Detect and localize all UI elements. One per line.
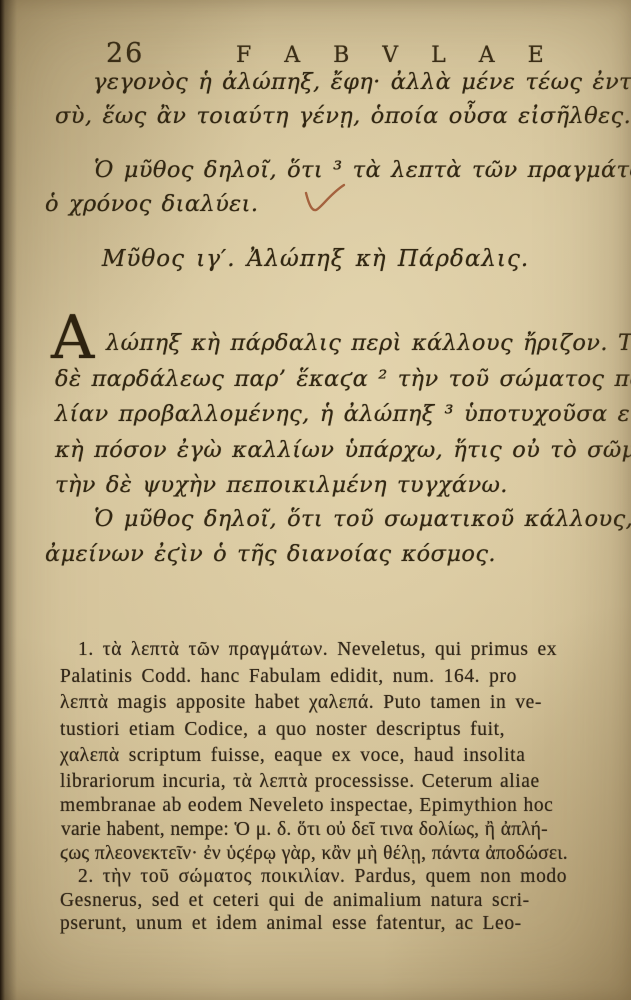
footnote-line: 1. τὰ λεπτὰ τῶν πραγμάτων. Neveletus, qu…: [78, 639, 557, 661]
book-page-scan: 26 F A B V L A E γεγονὸς ἡ ἀλώπηξ, ἔφη· …: [0, 0, 631, 1000]
drop-cap: Α: [51, 308, 94, 368]
moral-line: ὁ χρόνος διαλύει.: [45, 192, 258, 218]
fable-title: Μῦθος ιγ′. Ἀλώπηξ κὴ Πάρδαλις.: [0, 246, 631, 272]
fable-line: κὴ πόσον ἐγὼ καλλίων ὑπάρχω, ἥτις οὐ τὸ …: [55, 438, 631, 464]
moral-line: ἀμείνων ἐϛὶν ὁ τῆς διανοίας κόσμος.: [45, 542, 496, 568]
footnote-line: membranae ab eodem Neveleto inspectae, E…: [60, 795, 553, 817]
footnote-line: ϛως πλεονεκτεῖν· ἐν ὑϛέρῳ γὰρ, κἂν μὴ θέ…: [60, 843, 568, 865]
fable-line: τὴν δὲ ψυχὴν πεποικιλμένη τυγχάνω.: [55, 473, 508, 499]
footnote-line: 2. τὴν τοῦ σώματος ποικιλίαν. Pardus, qu…: [78, 866, 567, 888]
footnote-line: varie habent, nempe: Ὁ μ. δ. ὅτι οὐ δεῖ …: [61, 819, 548, 841]
moral-line: Ὁ μῦθος δηλοῖ, ὅτι ³ τὰ λεπτὰ τῶν πραγμά…: [94, 158, 631, 184]
footnote-line: tustiori etiam Codice, a quo noster desc…: [60, 719, 505, 741]
footnote-line: λεπτὰ magis apposite habet χαλεπά. Puto …: [60, 692, 542, 714]
fable-line: λώπηξ κὴ πάρδαλις περὶ κάλλους ἤριζον. Τ…: [106, 331, 631, 357]
fable-line: δὲ παρδάλεως παρ’ ἕκαϛα ² τὴν τοῦ σώματο…: [55, 367, 631, 393]
page-number: 26: [106, 38, 144, 69]
footnote-line: χαλεπὰ scriptum fuisse, eaque ex voce, h…: [60, 745, 525, 767]
footnote-line: Gesnerus, sed et ceteri qui de animalium…: [60, 890, 530, 912]
prev-fable-line: γεγονὸς ἡ ἀλώπηξ, ἔφη· ἀλλὰ μένε τέως ἐν…: [93, 70, 631, 96]
moral-line: Ὁ μῦθος δηλοῖ, ὅτι τοῦ σωματικοῦ κάλλους…: [94, 507, 631, 533]
footnote-line: Palatinis Codd. hanc Fabulam edidit, num…: [60, 666, 517, 688]
footnote-line: pserunt, unum et idem animal esse fatent…: [60, 913, 522, 935]
prev-fable-line: σὺ, ἕως ἂν τοιαύτη γένῃ, ὁποία οὖσα εἰσῆ…: [55, 104, 631, 130]
running-title: F A B V L A E: [236, 43, 557, 68]
handwritten-checkmark: [300, 180, 356, 224]
footnote-line: librariorum incuria, τὰ λεπτὰ processiss…: [60, 771, 540, 793]
fable-line: λίαν προβαλλομένης, ἡ ἀλώπηξ ³ ὑποτυχοῦσ…: [55, 402, 631, 428]
